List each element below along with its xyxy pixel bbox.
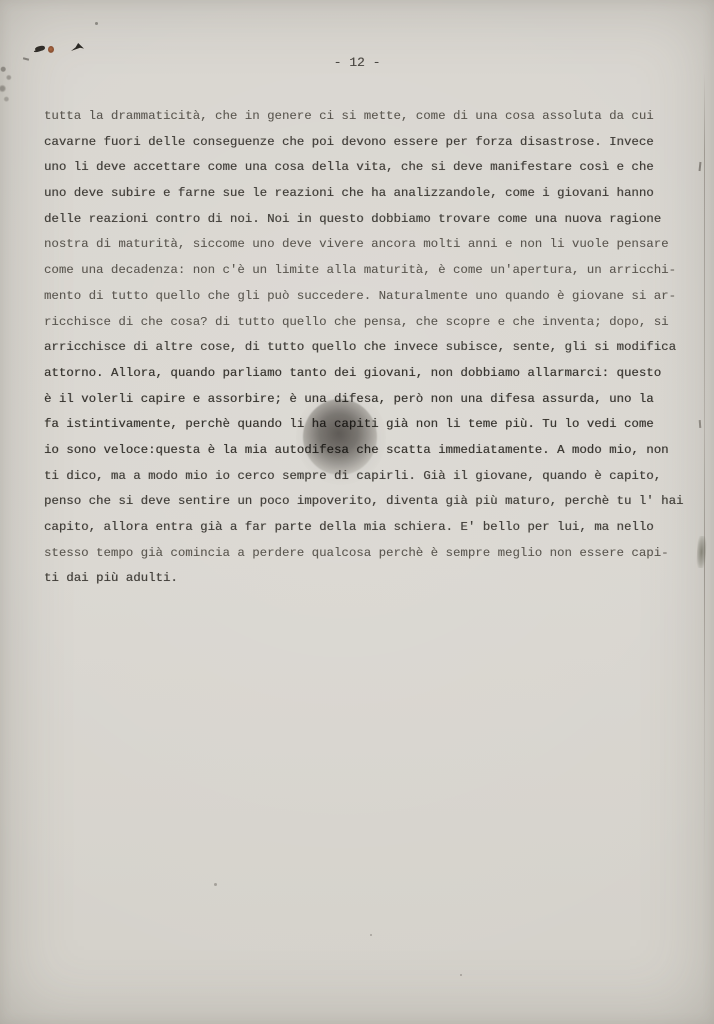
paper-speck — [460, 974, 462, 976]
text-line: uno deve subire e farne sue le reazioni … — [44, 181, 684, 207]
ink-mark — [35, 45, 46, 51]
text-line: come una decadenza: non c'è un limite al… — [44, 258, 684, 284]
text-line: nostra di maturità, siccome uno deve viv… — [44, 232, 684, 258]
text-line: capito, allora entra già a far parte del… — [44, 515, 684, 541]
body-text: tutta la drammaticità, che in genere ci … — [44, 104, 684, 592]
text-line: uno li deve accettare come una cosa dell… — [44, 155, 684, 181]
edge-smudge-dark — [696, 536, 707, 568]
text-line: arricchisce di altre cose, di tutto quel… — [44, 335, 684, 361]
edge-scratch-line — [704, 72, 705, 872]
edge-scratch-tick — [699, 420, 702, 428]
ink-mark — [71, 43, 84, 51]
text-line: penso che si deve sentire un poco impove… — [44, 489, 684, 515]
text-line: è il volerli capire e assorbire; è una d… — [44, 387, 684, 413]
text-line: ti dico, ma a modo mio io cerco sempre d… — [44, 464, 684, 490]
paper-speck — [370, 934, 372, 936]
edge-scratch-tick — [699, 162, 702, 171]
text-line: ti dai più adulti. — [44, 566, 684, 592]
typewritten-page: - 12 - tutta la drammaticità, che in gen… — [0, 0, 714, 1024]
text-line: tutta la drammaticità, che in genere ci … — [44, 104, 684, 130]
text-line: ricchisce di che cosa? di tutto quello c… — [44, 310, 684, 336]
text-line: mento di tutto quello che gli può succed… — [44, 284, 684, 310]
page-number: - 12 - — [0, 55, 714, 70]
text-line: io sono veloce:questa è la mia autodifes… — [44, 438, 684, 464]
rust-dot — [48, 46, 54, 53]
text-line: attorno. Allora, quando parliamo tanto d… — [44, 361, 684, 387]
text-line: delle reazioni contro di noi. Noi in que… — [44, 207, 684, 233]
paper-speck — [95, 22, 98, 25]
text-line: cavarne fuori delle conseguenze che poi … — [44, 130, 684, 156]
text-line: fa istintivamente, perchè quando li ha c… — [44, 412, 684, 438]
paper-speck — [214, 883, 217, 886]
text-line: stesso tempo già comincia a perdere qual… — [44, 541, 684, 567]
